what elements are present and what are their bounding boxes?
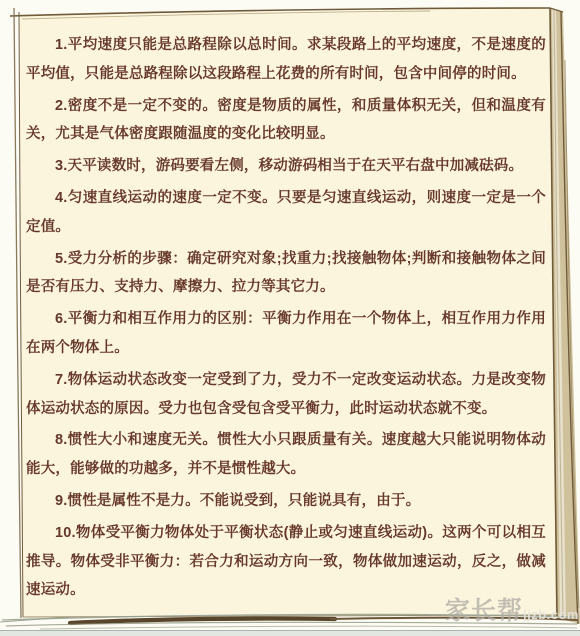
watermark-brand: 家长帮 bbox=[445, 591, 523, 627]
note-item: 8.惯性大小和速度无关。惯性大小只跟质量有关。速度越大只能说明物体动能大，能够做… bbox=[26, 426, 546, 484]
note-item: 6.平衡力和相互作用力的区别：平衡力作用在一个物体上，相互作用力作用在两个物体上… bbox=[26, 305, 546, 363]
bottom-strip bbox=[0, 631, 580, 636]
note-item: 9.惯性是属性不是力。不能说受到，只能说具有，由于。 bbox=[26, 487, 546, 516]
notebook-page: 1.平均速度只能是总路程除以总时间。求某段路上的平均速度，不是速度的平均值，只能… bbox=[0, 0, 580, 636]
note-item: 2.密度不是一定不变的。密度是物质的属性，和质量体积无关，但和温度有关，尤其是气… bbox=[26, 92, 546, 150]
note-item: 7.物体运动状态改变一定受到了力，受力不一定改变运动状态。力是改变物体运动状态的… bbox=[26, 366, 546, 424]
note-item: 3.天平读数时，游码要看左侧，移动游码相当于在天平右盘中加减砝码。 bbox=[26, 152, 546, 181]
notes-list: 1.平均速度只能是总路程除以总时间。求某段路上的平均速度，不是速度的平均值，只能… bbox=[26, 31, 546, 608]
note-item: 1.平均速度只能是总路程除以总时间。求某段路上的平均速度，不是速度的平均值，只能… bbox=[26, 31, 546, 89]
watermark: 家长帮 |jzb.com bbox=[445, 591, 579, 627]
note-item: 5.受力分析的步骤：确定研究对象;找重力;找接触物体;判断和接触物体之间是否有压… bbox=[26, 245, 546, 303]
note-item: 4.匀速直线运动的速度一定不变。只要是匀速直线运动，则速度一定是一个定值。 bbox=[26, 184, 546, 242]
watermark-site: |jzb.com bbox=[523, 607, 579, 622]
